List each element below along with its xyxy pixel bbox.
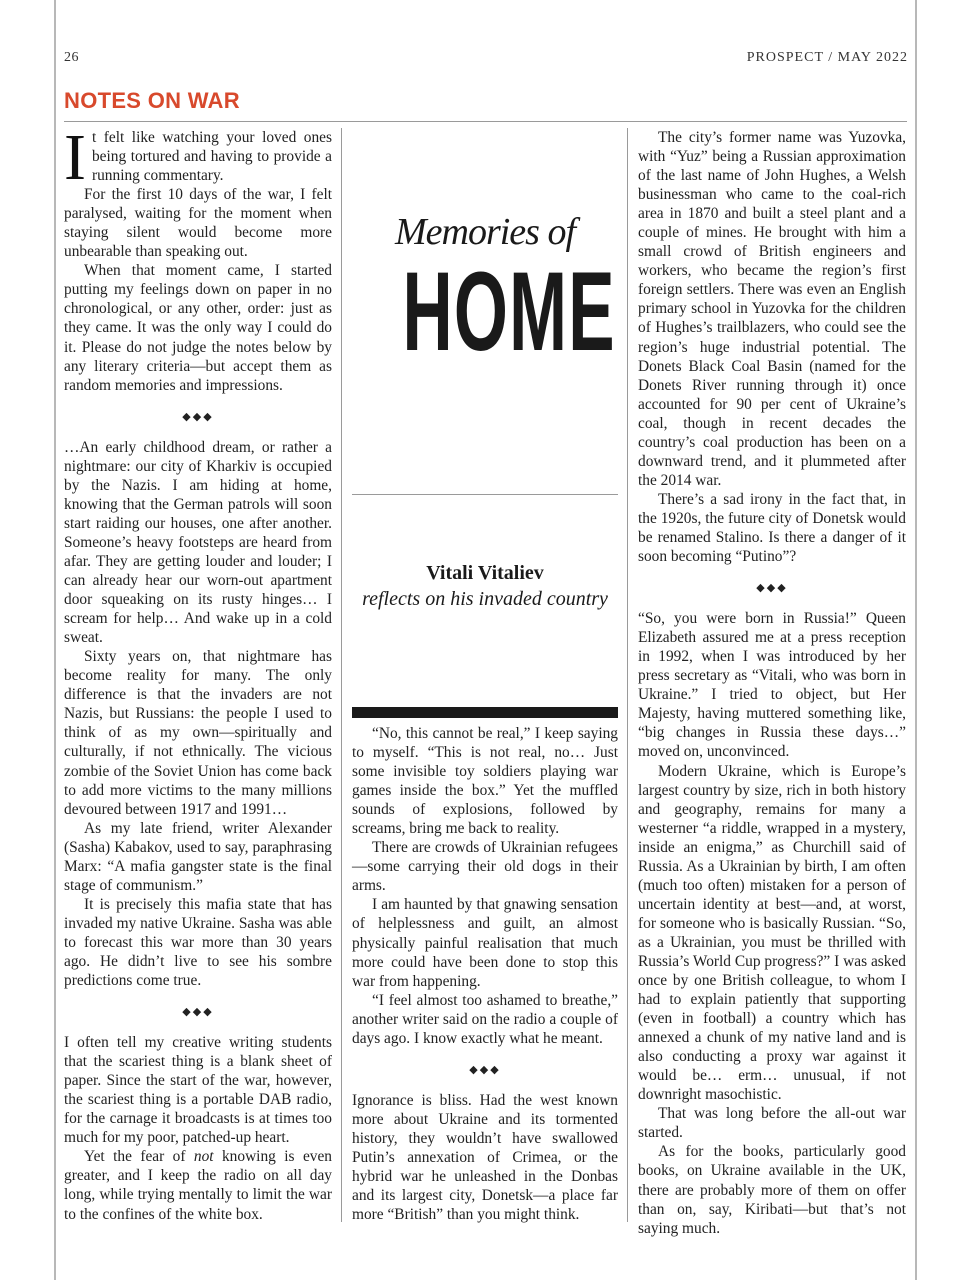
column-divider-1 xyxy=(341,128,342,1222)
paragraph: It is precisely this mafia state that ha… xyxy=(64,895,332,990)
title-rule xyxy=(352,494,618,495)
paragraph: Yet the fear of not knowing is even grea… xyxy=(64,1147,332,1223)
section-heading: NOTES ON WAR xyxy=(64,88,240,114)
paragraph: That was long before the all-out war sta… xyxy=(638,1104,906,1142)
paragraph: Ignorance is bliss. Had the west known m… xyxy=(352,1091,618,1224)
heading-rule xyxy=(64,121,907,122)
paragraph: As for the books, particularly good book… xyxy=(638,1142,906,1237)
paragraph: Sixty years on, that nightmare has becom… xyxy=(64,647,332,818)
article-column-3: The city’s former name was Yuzovka, with… xyxy=(638,128,906,1238)
title-main: HOME xyxy=(403,256,568,368)
article-column-1: It felt like watching your loved ones be… xyxy=(64,128,332,1224)
decorative-bar xyxy=(352,707,618,718)
paragraph: “So, you were born in Russia!” Queen Eli… xyxy=(638,609,906,761)
publication-folio: PROSPECT / MAY 2022 xyxy=(747,50,908,66)
paragraph: It felt like watching your loved ones be… xyxy=(64,128,332,185)
paragraph-text: Yet the fear of xyxy=(84,1148,194,1165)
paragraph: I am haunted by that gnawing sensation o… xyxy=(352,895,618,990)
paragraph: There’s a sad irony in the fact that, in… xyxy=(638,490,906,566)
page-edge-left xyxy=(54,0,56,1280)
page-number: 26 xyxy=(64,50,79,66)
section-break-ornament: ◆◆◆ xyxy=(64,408,332,427)
section-break-ornament: ◆◆◆ xyxy=(352,1061,618,1080)
column-divider-2 xyxy=(627,128,628,1222)
section-break-ornament: ◆◆◆ xyxy=(638,579,906,598)
drop-cap: I xyxy=(64,130,86,184)
section-break-ornament: ◆◆◆ xyxy=(64,1003,332,1022)
byline: Vitali Vitaliev reflects on his invaded … xyxy=(352,560,618,613)
paragraph: As my late friend, writer Alexander (Sas… xyxy=(64,819,332,895)
paragraph: There are crowds of Ukrainian refugees—s… xyxy=(352,838,618,895)
paragraph: When that moment came, I started putting… xyxy=(64,261,332,394)
article-title: Memories of HOME xyxy=(352,210,618,368)
standfirst: reflects on his invaded country xyxy=(352,586,618,613)
paragraph: …An early childhood dream, or rather a n… xyxy=(64,438,332,648)
emphasis-text: not xyxy=(194,1148,214,1165)
paragraph: The city’s former name was Yuzovka, with… xyxy=(638,128,906,490)
page-edge-right xyxy=(915,0,917,1280)
title-kicker: Memories of xyxy=(352,210,618,254)
paragraph: “No, this cannot be real,” I keep saying… xyxy=(352,724,618,838)
paragraph: Modern Ukraine, which is Europe’s larges… xyxy=(638,762,906,1105)
article-column-2: “No, this cannot be real,” I keep saying… xyxy=(352,724,618,1224)
paragraph: For the first 10 days of the war, I felt… xyxy=(64,185,332,261)
paragraph: “I feel almost too ashamed to breathe,” … xyxy=(352,991,618,1048)
author-name: Vitali Vitaliev xyxy=(352,560,618,586)
paragraph: I often tell my creative writing student… xyxy=(64,1033,332,1147)
paragraph-text: t felt like watching your loved ones bei… xyxy=(92,129,332,184)
